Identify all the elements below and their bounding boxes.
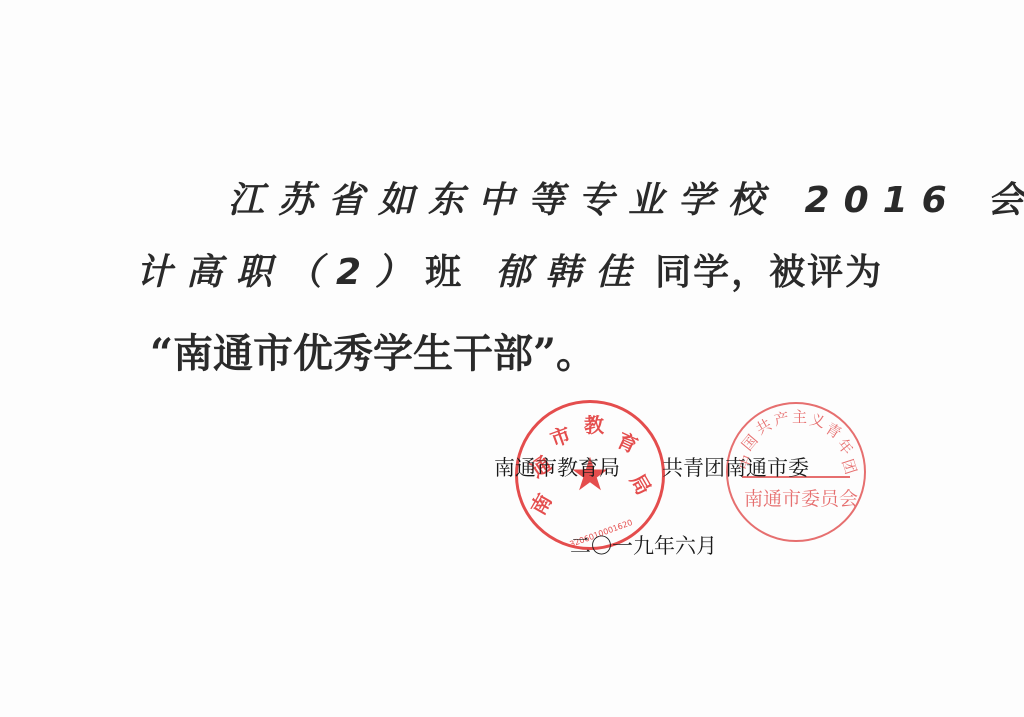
class-suffix: 班	[425, 244, 463, 295]
seal-char: 南	[522, 488, 557, 520]
certificate-line-1: 江苏省如东中等专业学校 2016 会	[228, 172, 1024, 223]
seal-char: 教	[584, 409, 604, 438]
issuer-education-bureau: 南通市教育局	[494, 456, 620, 480]
certificate-line-2: 计高职（2）班郁韩佳同学，被评为	[136, 244, 883, 295]
certificate-page: 江苏省如东中等专业学校 2016 会 计高职（2）班郁韩佳同学，被评为 “南通市…	[0, 0, 1024, 717]
seal-char: 产	[772, 407, 791, 431]
issue-date: 二〇一九年六月	[570, 530, 717, 560]
seal-char: 主	[792, 406, 807, 427]
seal-char: 团	[837, 456, 862, 477]
seal-char: 共	[752, 414, 776, 440]
class-prefix: 计高职（2）	[136, 244, 425, 295]
seal-bottom-text: 南通市委员会	[744, 484, 858, 511]
award-title: “南通市优秀学生干部”。	[150, 322, 596, 379]
award-intro: 同学，被评为	[655, 244, 883, 295]
issuers: 南通市教育局共青团南通市委	[494, 452, 809, 482]
seal-char: 市	[546, 418, 575, 452]
issuer-youth-league: 共青团南通市委	[662, 456, 809, 480]
student-name: 郁韩佳	[495, 244, 645, 295]
